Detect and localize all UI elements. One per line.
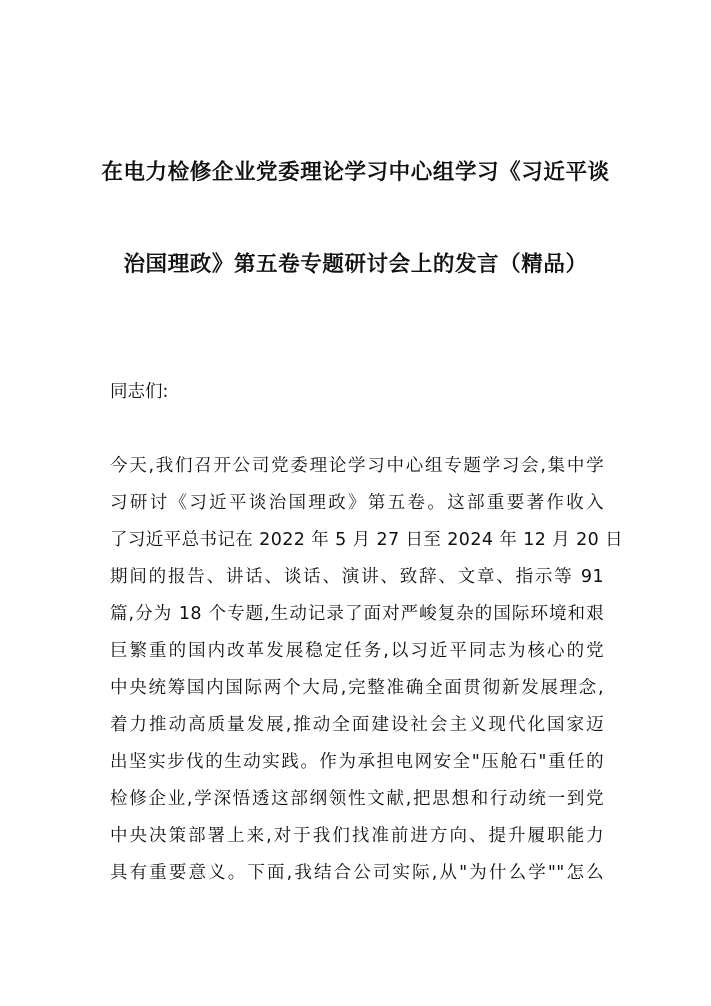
paragraph-line: 检修企业,学深悟透这部纲领性文献,把思想和行动统一到党 <box>110 787 604 811</box>
paragraph-line: 中央统筹国内国际两个大局,完整准确全面贯彻新发展理念, <box>110 676 604 700</box>
paragraph-line: 习研讨《习近平谈治国理政》第五卷。这部重要著作收入 <box>110 491 604 515</box>
paragraph-line: 具有重要意义。下面,我结合公司实际,从"为什么学""怎么 <box>110 861 604 885</box>
document-title-line-2: 治国理政》第五卷专题研讨会上的发言（精品） <box>0 250 711 280</box>
paragraph-line: 着力推动高质量发展,推动全面建设社会主义现代化国家迈 <box>110 713 604 737</box>
salutation: 同志们: <box>110 380 168 404</box>
paragraph-line: 今天,我们召开公司党委理论学习中心组专题学习会,集中学 <box>110 454 604 478</box>
document-page: 在电力检修企业党委理论学习中心组学习《习近平谈 治国理政》第五卷专题研讨会上的发… <box>0 0 711 1006</box>
paragraph-line: 中央决策部署上来,对于我们找准前进方向、提升履职能力 <box>110 824 604 848</box>
paragraph-line: 篇,分为 18 个专题,生动记录了面对严峻复杂的国际环境和艰 <box>110 602 604 626</box>
document-title-line-1: 在电力检修企业党委理论学习中心组学习《习近平谈 <box>0 158 711 188</box>
paragraph-line: 期间的报告、讲话、谈话、演讲、致辞、文章、指示等 91 <box>110 565 604 589</box>
paragraph-line: 巨繁重的国内改革发展稳定任务,以习近平同志为核心的党 <box>110 639 604 663</box>
paragraph-line: 出坚实步伐的生动实践。作为承担电网安全"压舱石"重任的 <box>110 750 604 774</box>
paragraph-line: 了习近平总书记在 2022 年 5 月 27 日至 2024 年 12 月 20… <box>110 528 604 552</box>
